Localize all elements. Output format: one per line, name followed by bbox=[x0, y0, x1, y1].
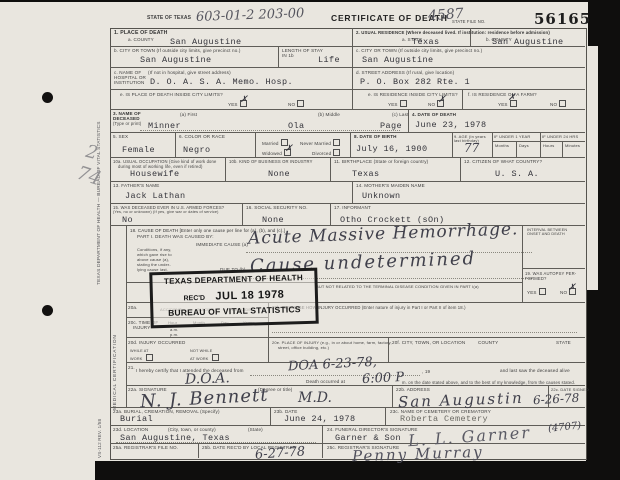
res-yes-checkbox bbox=[400, 100, 407, 107]
length-of-stay-value: Life bbox=[318, 56, 340, 65]
first-name-label: (a) First bbox=[180, 112, 197, 118]
sex-value: Female bbox=[122, 146, 155, 155]
marital-divorced: Divorced bbox=[312, 149, 340, 157]
rule bbox=[110, 67, 585, 68]
cert-19-text: , 19 bbox=[422, 369, 430, 375]
rule bbox=[522, 225, 523, 302]
hospital-value: D. O. A. S. A. Memo. Hosp. bbox=[150, 78, 293, 87]
injury-20c-label2: INJURY bbox=[133, 325, 150, 331]
res-no-checkmark: ✗ bbox=[438, 95, 446, 105]
rule bbox=[110, 157, 585, 158]
armed-forces-value: No bbox=[122, 216, 133, 225]
autopsy-label-2: FORMED? bbox=[525, 276, 547, 281]
under-1-year-label: IF UNDER 1 YEAR bbox=[494, 134, 530, 139]
birthplace-value: Texas bbox=[352, 170, 380, 179]
under-24-hrs-label: IF UNDER 24 HRS bbox=[542, 134, 578, 139]
rule bbox=[350, 132, 351, 157]
rule bbox=[352, 181, 353, 203]
never-married-checkbox bbox=[333, 139, 340, 146]
part2-label: BUT NOT RELATED TO THE TERMINAL DISEASE … bbox=[316, 284, 479, 289]
county-value: San Augustine bbox=[170, 38, 242, 47]
interval-label-2: ONSET AND DEATH bbox=[527, 232, 565, 237]
residence-county-value: San Augustine bbox=[492, 38, 564, 47]
cert-text-4: m. on the date stated above, and to the … bbox=[402, 380, 575, 385]
date-of-death-value: June 23, 1978 bbox=[415, 121, 487, 130]
rule bbox=[255, 132, 256, 157]
rule bbox=[126, 337, 585, 338]
res-yes: YES bbox=[388, 100, 407, 108]
city-value: San Augustine bbox=[140, 56, 212, 65]
rule bbox=[278, 47, 279, 67]
name-of-deceased-label3: (Type or print) bbox=[113, 121, 141, 126]
hospital-label3: INSTITUTION bbox=[114, 80, 145, 86]
rule bbox=[460, 157, 461, 181]
sex-label: 5. SEX bbox=[113, 134, 128, 140]
injury-20f-label: 20f. CITY, TOWN, OR LOCATION bbox=[392, 340, 465, 346]
cert-time-value: 6:00 P bbox=[362, 370, 405, 387]
hole-punch-bottom bbox=[42, 305, 53, 316]
farm-no: NO bbox=[550, 100, 566, 108]
injury-20a-label: 20a. bbox=[128, 305, 138, 311]
not-while-at-work: NOT WHILEAT WORK bbox=[190, 349, 219, 361]
minutes-label: Minutes bbox=[565, 143, 580, 148]
hole-punch-top bbox=[42, 92, 53, 103]
rule bbox=[110, 181, 585, 182]
days-label: Days bbox=[519, 143, 529, 148]
rule bbox=[516, 141, 517, 157]
stamp-recd-label: REC'D bbox=[183, 295, 205, 303]
length-of-stay-label2: IN 1b bbox=[282, 53, 294, 59]
injury-20b-line bbox=[272, 331, 577, 333]
injury-20d-label: 20d. INJURY OCCURRED bbox=[128, 340, 185, 346]
scan-edge-top bbox=[0, 0, 590, 2]
pod-no: NO bbox=[288, 100, 304, 108]
funeral-director-label: 24. FUNERAL DIRECTOR'S SIGNATURE bbox=[327, 427, 418, 433]
rule bbox=[462, 89, 463, 109]
street-address-label: d. STREET ADDRESS (If rural, give locati… bbox=[356, 70, 454, 76]
usual-residence-section: 2. USUAL RESIDENCE (Where deceased lived… bbox=[356, 30, 550, 35]
business-value: None bbox=[268, 170, 290, 179]
farm-yes-checkmark: ✗ bbox=[508, 93, 516, 103]
while-at-work: WHILE ATWORK bbox=[130, 349, 153, 361]
handwritten-codes: 603-01-2 203-00 bbox=[196, 6, 305, 25]
informant-label: 17. INFORMANT bbox=[334, 205, 371, 211]
ssn-value: None bbox=[262, 216, 284, 225]
state-file-no-label: STATE FILE NO. bbox=[452, 19, 486, 24]
physician-degree: M.D. bbox=[298, 390, 332, 406]
farm-no-checkbox bbox=[559, 100, 566, 107]
rule bbox=[492, 141, 585, 142]
certificate-number: 56165 bbox=[534, 10, 591, 28]
rule bbox=[110, 443, 585, 444]
funeral-home-value: Garner & Son bbox=[335, 434, 401, 443]
age-value: 77 bbox=[464, 141, 479, 155]
pm-label: p.m. bbox=[170, 332, 178, 337]
stamp-date: JUL 18 1978 bbox=[215, 289, 284, 303]
middle-name-label: (b) Middle bbox=[318, 112, 340, 118]
injury-state-label: STATE bbox=[556, 340, 571, 346]
rule bbox=[540, 132, 541, 157]
location-note-1: (City, town, or county) bbox=[168, 427, 216, 433]
autopsy-yes-checkbox bbox=[539, 288, 546, 295]
cert-text-2: and last saw the deceased alive bbox=[500, 368, 570, 374]
rule bbox=[385, 407, 386, 425]
received-stamp: TEXAS DEPARTMENT OF HEALTH REC'D JUL 18 … bbox=[149, 268, 318, 329]
residence-state-value: Texas bbox=[412, 38, 440, 47]
mother-name-value: Unknown bbox=[362, 192, 401, 201]
part1-label: PART I. DEATH WAS CAUSED BY: bbox=[137, 234, 214, 240]
rule bbox=[242, 203, 243, 225]
mother-name-label: 14. MOTHER'S MAIDEN NAME bbox=[356, 183, 425, 189]
burial-value: Burial bbox=[120, 415, 153, 424]
burial-date-value: June 24, 1978 bbox=[284, 415, 356, 424]
rule bbox=[392, 385, 393, 407]
date-signed-value: 6-26-78 bbox=[533, 391, 580, 407]
pod-yes-checkmark: ✗ bbox=[240, 95, 248, 105]
cert-number-label: 21. bbox=[128, 365, 135, 371]
divorced-checkbox bbox=[333, 149, 340, 156]
city-label: b. CITY OR TOWN (If outside city limits,… bbox=[114, 48, 241, 54]
state-label: STATE OF TEXAS bbox=[147, 15, 191, 21]
registrar-file-label: 25a. REGISTRAR'S FILE NO. bbox=[113, 445, 178, 451]
rule bbox=[225, 157, 226, 181]
marital-married: Married bbox=[262, 139, 288, 147]
scan-blotch-mid-right bbox=[586, 290, 600, 480]
father-name-label: 13. FATHER'S NAME bbox=[113, 183, 159, 189]
rule bbox=[322, 425, 323, 458]
father-name-value: Jack Lathan bbox=[125, 192, 186, 201]
rule bbox=[110, 132, 585, 133]
rule bbox=[110, 109, 585, 110]
dob-label: 8. DATE OF BIRTH bbox=[354, 134, 397, 140]
dob-value: July 16, 1900 bbox=[356, 145, 428, 154]
occupation-value: Housewife bbox=[130, 170, 180, 179]
location-line bbox=[116, 441, 316, 443]
rule bbox=[126, 225, 127, 407]
rule bbox=[175, 132, 176, 157]
pod-no-checkbox bbox=[297, 100, 304, 107]
rule bbox=[522, 268, 585, 269]
last-name-label: (c) Last bbox=[392, 112, 409, 118]
autopsy-yes: YES bbox=[527, 288, 546, 296]
marital-never: Never Married bbox=[300, 139, 340, 147]
rule bbox=[270, 407, 271, 425]
residence-city-value: San Augustine bbox=[362, 56, 434, 65]
birthplace-label: 11. BIRTHPLACE (State or foreign country… bbox=[334, 159, 428, 165]
injury-county-label: COUNTY bbox=[478, 340, 498, 346]
scan-edge-right bbox=[598, 0, 620, 480]
rule bbox=[452, 132, 453, 157]
autopsy-no-checkmark: ✗ bbox=[568, 283, 576, 293]
margin-form-code: VS-112 REV. 1/58 bbox=[97, 398, 103, 458]
not-at-work-checkbox bbox=[212, 354, 219, 361]
date-of-death-label: 4. DATE OF DEATH bbox=[412, 112, 456, 118]
farm-label: f. IS RESIDENCE ON A FARM? bbox=[468, 92, 537, 98]
stamp-line-3: BUREAU OF VITAL STATISTICS bbox=[153, 304, 315, 319]
name-fill-line bbox=[140, 129, 400, 131]
residence-city-label: c. CITY OR TOWN (If outside city limits,… bbox=[356, 48, 482, 54]
rule bbox=[110, 203, 585, 204]
rule bbox=[330, 203, 331, 225]
hours-label: Hours bbox=[543, 143, 554, 148]
rule bbox=[562, 141, 563, 157]
months-label: Months bbox=[495, 143, 509, 148]
place-of-death-section: 1. PLACE OF DEATH bbox=[114, 30, 167, 37]
rule bbox=[110, 89, 585, 90]
citizen-value: U. S. A. bbox=[495, 170, 539, 179]
race-label: 6. COLOR OR RACE bbox=[179, 134, 225, 140]
cert-hand-doa: D.O.A. bbox=[185, 370, 230, 388]
hospital-note: (If not in hospital, give street address… bbox=[148, 70, 231, 76]
pod-city-limits-label: e. IS PLACE OF DEATH INSIDE CITY LIMITS? bbox=[120, 92, 223, 98]
business-label: 10b. KIND OF BUSINESS OR INDUSTRY bbox=[229, 159, 313, 164]
at-work-checkbox bbox=[146, 354, 153, 361]
widowed-checkmark: ✗ bbox=[285, 144, 293, 154]
race-value: Negro bbox=[183, 146, 211, 155]
rule bbox=[352, 28, 353, 109]
location-note-2: (State) bbox=[248, 427, 263, 433]
county-label: a. COUNTY bbox=[128, 37, 154, 43]
cert-text-3: Death occurred at bbox=[306, 379, 345, 385]
ssn-label: 16. SOCIAL SECURITY NO. bbox=[246, 205, 308, 211]
rule bbox=[492, 132, 493, 157]
rule bbox=[330, 157, 331, 181]
rule bbox=[198, 443, 199, 458]
death-certificate-scan: TEXAS DEPARTMENT OF HEALTH — BUREAU OF V… bbox=[0, 0, 620, 480]
street-address-value: P. O. Box 282 Rte. 1 bbox=[360, 78, 470, 87]
location-label: 23d. LOCATION bbox=[113, 427, 148, 433]
injury-20e-label2: street, office building, etc.) bbox=[278, 345, 329, 350]
immediate-cause-label: IMMEDIATE CAUSE (a) bbox=[196, 242, 248, 248]
cemetery-value: Roberta Cemetery bbox=[400, 415, 488, 424]
citizen-label: 12. CITIZEN OF WHAT COUNTRY? bbox=[464, 159, 542, 165]
